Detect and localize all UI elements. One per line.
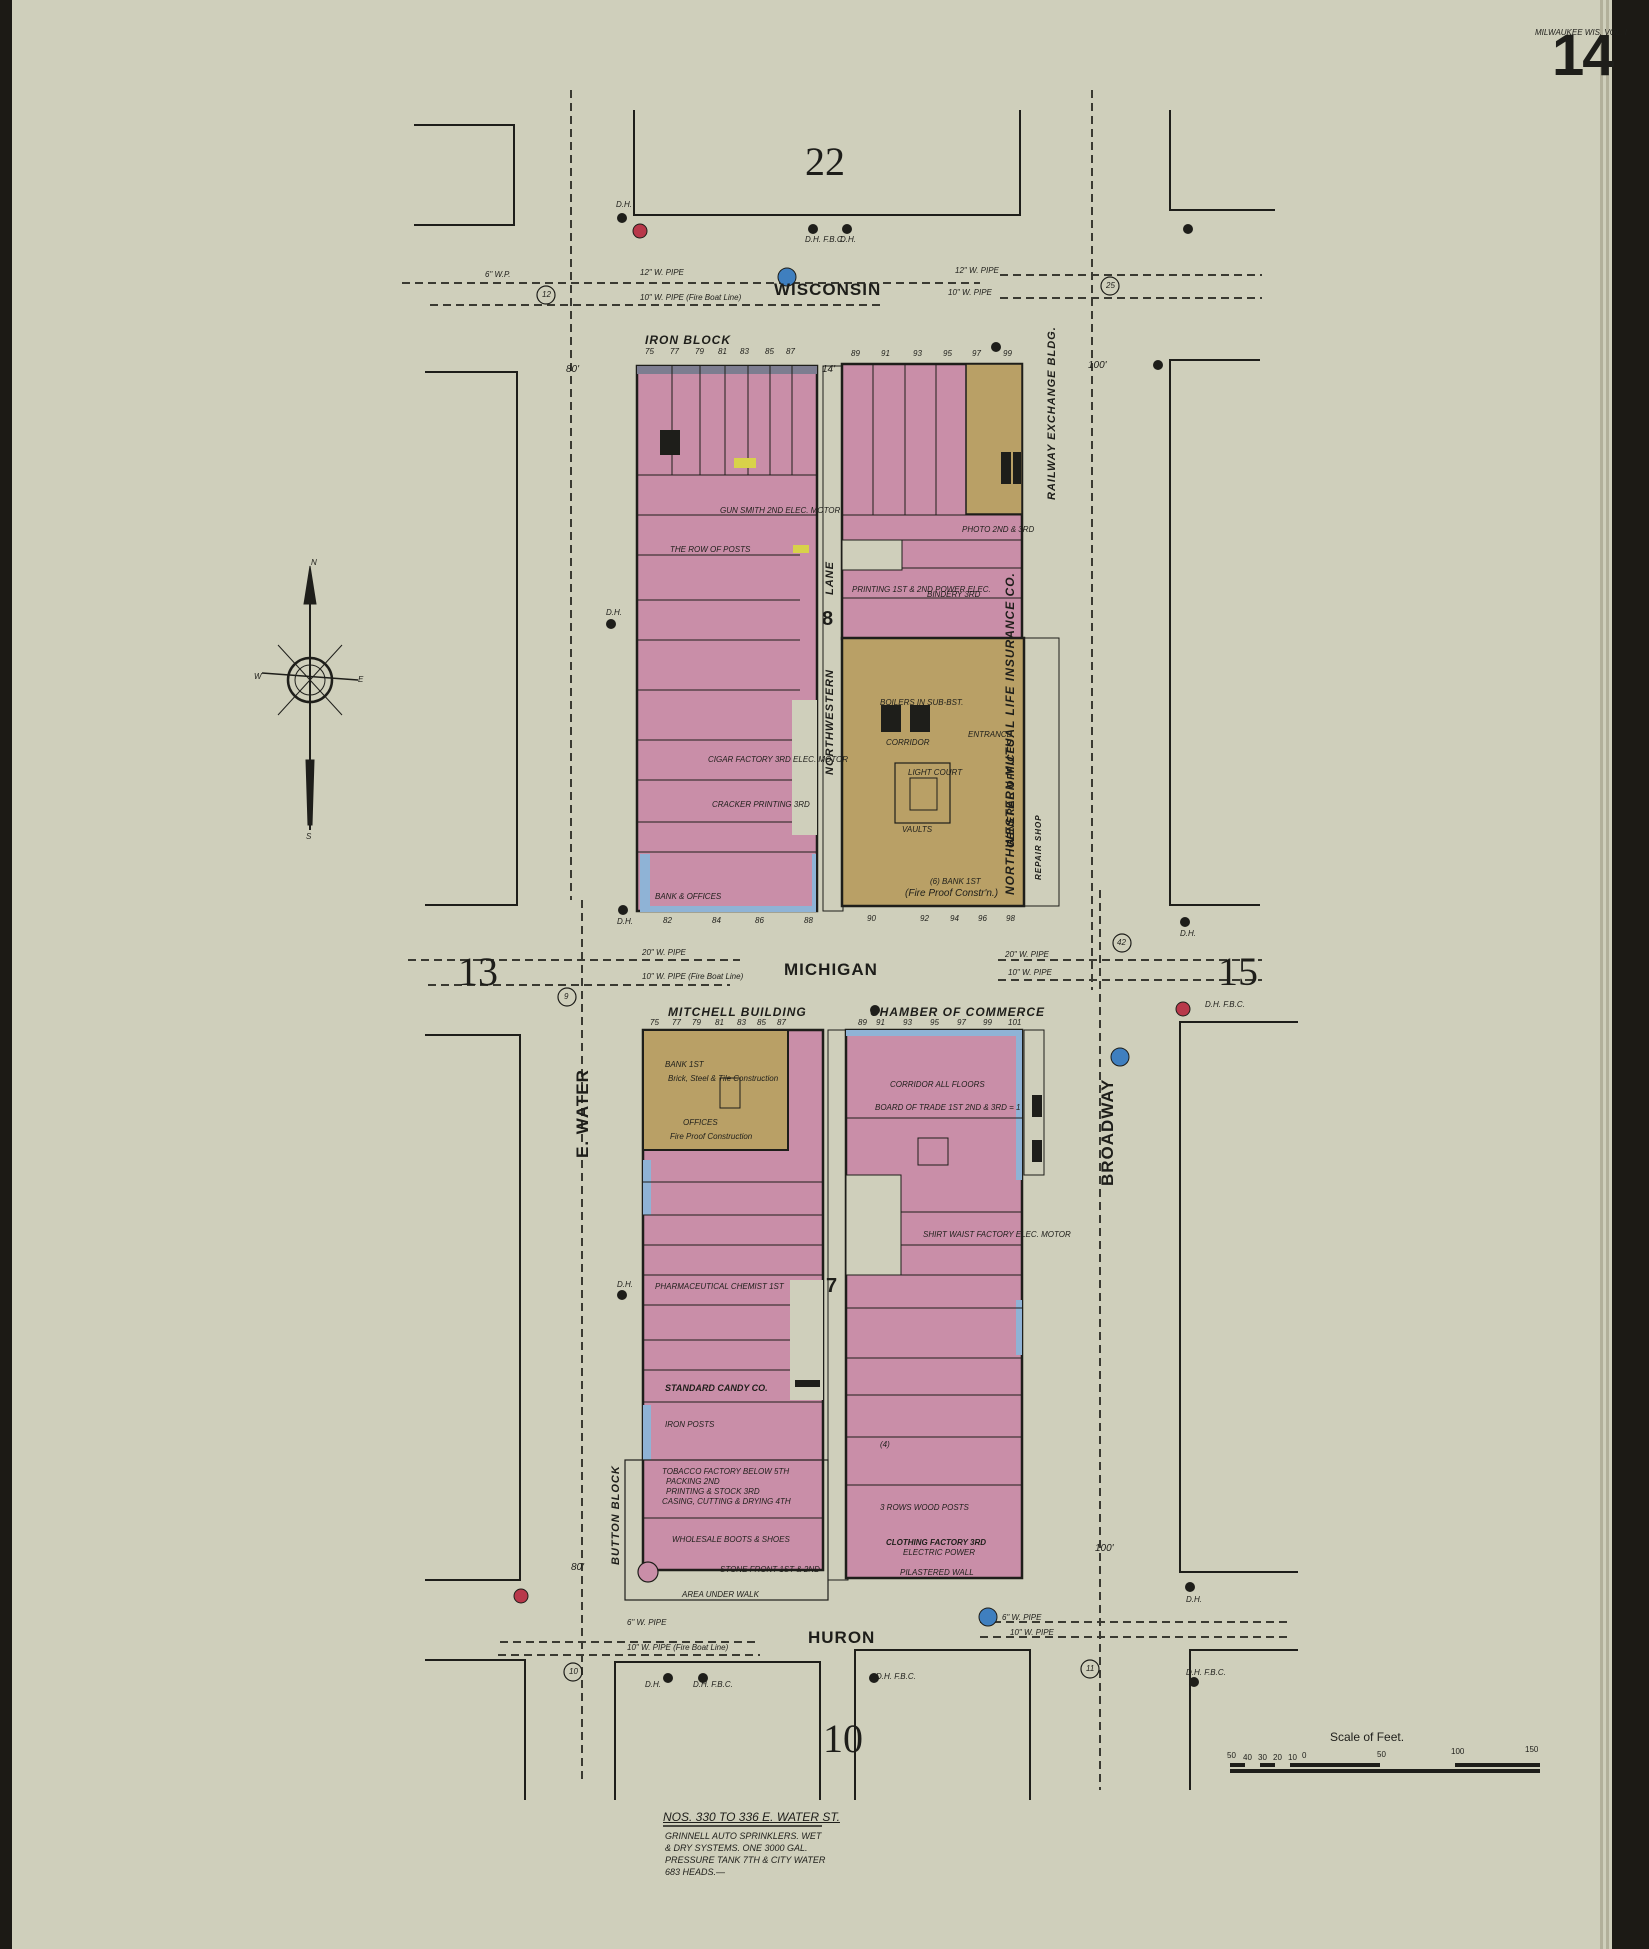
circled-number: 10 bbox=[569, 1667, 578, 1676]
occupancy-label: (6) BANK 1ST bbox=[930, 877, 981, 886]
street-number: 97 bbox=[957, 1018, 966, 1027]
street-number: 75 bbox=[645, 347, 654, 356]
occupancy-label: CORRIDOR ALL FLOORS bbox=[890, 1080, 985, 1089]
occupancy-label: AREA UNDER WALK bbox=[682, 1590, 759, 1599]
pipe-label: 20" W. PIPE bbox=[642, 948, 686, 957]
dh-label: D.H. bbox=[1186, 1595, 1202, 1604]
lane-label: LANE bbox=[824, 561, 836, 595]
street-number: 95 bbox=[930, 1018, 939, 1027]
street-number: 94 bbox=[950, 914, 959, 923]
street-number: 91 bbox=[881, 349, 890, 358]
street-michigan: MICHIGAN bbox=[784, 960, 878, 980]
occupancy-label: ENTRANCE bbox=[968, 730, 1012, 739]
sprinkler-note-title: NOS. 330 TO 336 E. WATER ST. bbox=[663, 1810, 840, 1824]
scale-tick: 100 bbox=[1451, 1747, 1464, 1756]
lower-left-block bbox=[625, 1030, 828, 1600]
sprinkler-note-line: PRESSURE TANK 7TH & CITY WATER bbox=[665, 1854, 825, 1866]
occupancy-label: WHOLESALE BOOTS & SHOES bbox=[672, 1535, 790, 1544]
standard-candy-label: STANDARD CANDY CO. bbox=[665, 1383, 768, 1393]
sprinkler-note-line: GRINNELL AUTO SPRINKLERS. WET bbox=[665, 1830, 821, 1842]
occupancy-label: (4) bbox=[880, 1440, 890, 1449]
dh-label: D.H. bbox=[645, 1680, 661, 1689]
street-number: 101 bbox=[1008, 1018, 1021, 1027]
street-number: 82 bbox=[663, 916, 672, 925]
street-width: 100' bbox=[1088, 360, 1107, 371]
street-huron: HURON bbox=[808, 1628, 875, 1648]
occupancy-label: STONE FRONT 1ST & 2ND bbox=[720, 1565, 820, 1574]
pipe-label: 10" W. PIPE bbox=[948, 288, 992, 297]
dh-label: D.H. F.B.C. bbox=[876, 1672, 916, 1681]
northwestern-lane bbox=[823, 366, 843, 911]
dh-label: D.H. bbox=[840, 235, 856, 244]
occupancy-label: LIGHT COURT bbox=[908, 768, 962, 777]
street-number: 85 bbox=[765, 347, 774, 356]
occupancy-label: PHARMACEUTICAL CHEMIST 1ST bbox=[655, 1282, 784, 1291]
compass-n: N bbox=[311, 558, 317, 567]
railway-exchange-label: RAILWAY EXCHANGE BLDG. bbox=[1046, 326, 1058, 500]
street-number: 97 bbox=[972, 349, 981, 358]
street-number: 89 bbox=[851, 349, 860, 358]
occupancy-label: BOILERS IN SUB-BST. bbox=[880, 698, 963, 707]
pipe-label: 10" W. PIPE (Fire Boat Line) bbox=[640, 293, 741, 302]
street-number: 83 bbox=[740, 347, 749, 356]
compass-e: E bbox=[358, 675, 363, 684]
occupancy-label: CIGAR FACTORY 3RD ELEC. MOTOR bbox=[708, 755, 848, 764]
dh-label: D.H. F.B.C. bbox=[805, 235, 845, 244]
occupancy-label: IRON POSTS bbox=[665, 1420, 714, 1429]
street-number: 81 bbox=[715, 1018, 724, 1027]
street-number: 93 bbox=[913, 349, 922, 358]
scale-tick: 30 bbox=[1258, 1753, 1267, 1762]
occupancy-label: BINDERY 3RD bbox=[927, 590, 980, 599]
pipe-label: 6" W. PIPE bbox=[1002, 1613, 1041, 1622]
street-width: 100' bbox=[1095, 1543, 1114, 1554]
street-width: 80' bbox=[566, 364, 579, 375]
occupancy-label: OFFICES bbox=[683, 1118, 718, 1127]
adjacent-block-north: 22 bbox=[805, 138, 845, 185]
street-number: 93 bbox=[903, 1018, 912, 1027]
building-name-chamber: CHAMBER OF COMMERCE bbox=[870, 1005, 1045, 1019]
circled-number: 11 bbox=[1086, 1664, 1094, 1673]
occupancy-label: GUN SMITH 2ND ELEC. MOTOR bbox=[720, 506, 840, 515]
block-number-lower: 7 bbox=[826, 1275, 837, 1298]
street-number: 81 bbox=[718, 347, 727, 356]
occupancy-label: 3 ROWS WOOD POSTS bbox=[880, 1503, 969, 1512]
pipe-label: 6" W.P. bbox=[485, 270, 511, 279]
street-number: 99 bbox=[983, 1018, 992, 1027]
street-broadway: BROADWAY bbox=[1098, 1079, 1118, 1187]
street-wisconsin: WISCONSIN bbox=[774, 280, 881, 300]
street-number: 91 bbox=[876, 1018, 885, 1027]
street-number: 95 bbox=[943, 349, 952, 358]
circled-number: 42 bbox=[1117, 938, 1126, 947]
street-number: 98 bbox=[1006, 914, 1015, 923]
occupancy-label: VAULTS bbox=[902, 825, 932, 834]
occupancy-label: PRINTING & STOCK 3RD bbox=[666, 1487, 760, 1496]
compass-s: S bbox=[306, 832, 311, 841]
occupancy-label: BANK 1ST bbox=[665, 1060, 704, 1069]
compass-rose bbox=[262, 566, 358, 830]
lower-right-block bbox=[846, 1030, 1044, 1578]
compass-w: W bbox=[254, 672, 262, 681]
street-number: 99 bbox=[1003, 349, 1012, 358]
adjacent-block-east: 15 bbox=[1218, 948, 1258, 995]
upper-left-block bbox=[637, 366, 817, 912]
occupancy-label: PHOTO 2ND & 3RD bbox=[962, 525, 1034, 534]
scale-title: Scale of Feet. bbox=[1330, 1730, 1404, 1744]
occupancy-label: ELECTRIC POWER bbox=[903, 1548, 975, 1557]
scale-tick: 20 bbox=[1273, 1753, 1282, 1762]
dh-label: D.H. F.B.C. bbox=[1186, 1668, 1226, 1677]
building-name-mitchell: MITCHELL BUILDING bbox=[668, 1005, 807, 1019]
scale-tick: 50 bbox=[1227, 1751, 1236, 1760]
street-e-water: E. WATER bbox=[573, 1069, 593, 1158]
dh-label: D.H. bbox=[617, 1280, 633, 1289]
occupancy-label: THE ROW OF POSTS bbox=[670, 545, 750, 554]
street-number: 92 bbox=[920, 914, 929, 923]
pipe-label: 10" W. PIPE bbox=[1010, 1628, 1054, 1637]
scale-bar bbox=[1230, 1763, 1540, 1773]
page-number: 14 bbox=[1552, 22, 1613, 89]
occupancy-label: TOBACCO FACTORY BELOW 5TH bbox=[662, 1467, 789, 1476]
pipe-label: 12" W. PIPE bbox=[640, 268, 684, 277]
street-number: 85 bbox=[757, 1018, 766, 1027]
circled-number: 9 bbox=[564, 992, 568, 1001]
upper-right-block bbox=[842, 364, 1059, 906]
button-block-label: BUTTON BLOCK bbox=[610, 1465, 622, 1565]
building-name-iron-block: IRON BLOCK bbox=[645, 333, 731, 347]
pipe-label: 10" W. PIPE (Fire Boat Line) bbox=[642, 972, 743, 981]
sprinkler-note-line: & DRY SYSTEMS. ONE 3000 GAL. bbox=[665, 1842, 808, 1854]
adjacent-block-south: 10 bbox=[823, 1715, 863, 1762]
street-number: 77 bbox=[672, 1018, 681, 1027]
pipe-label: 20" W. PIPE bbox=[1005, 950, 1049, 959]
street-number: 75 bbox=[650, 1018, 659, 1027]
dh-label: D.H. bbox=[1180, 929, 1196, 938]
pipe-label: 12" W. PIPE bbox=[955, 266, 999, 275]
adjacent-block-west: 13 bbox=[458, 948, 498, 995]
repair-shop-label: REPAIR SHOP bbox=[1034, 814, 1043, 880]
occupancy-label: CORRIDOR bbox=[886, 738, 930, 747]
pipe-label: 10" W. PIPE (Fire Boat Line) bbox=[627, 1643, 728, 1652]
scale-tick: 40 bbox=[1243, 1753, 1252, 1762]
scale-tick: 150 bbox=[1525, 1745, 1538, 1754]
occupancy-label: SHIRT WAIST FACTORY ELEC. MOTOR bbox=[923, 1230, 1071, 1239]
street-number: 79 bbox=[692, 1018, 701, 1027]
street-number: 84 bbox=[712, 916, 721, 925]
block-number-upper: 8 bbox=[822, 608, 833, 631]
scale-tick: 50 bbox=[1377, 1750, 1386, 1759]
circled-number: 12 bbox=[542, 290, 551, 299]
street-number: 79 bbox=[695, 347, 704, 356]
occupancy-label: BOARD OF TRADE 1ST 2ND & 3RD = 1 bbox=[875, 1103, 1020, 1112]
dh-label: D.H. bbox=[617, 917, 633, 926]
street-number: 90 bbox=[867, 914, 876, 923]
pipe-label: 6" W. PIPE bbox=[627, 1618, 666, 1627]
occupancy-label: CASING, CUTTING & DRYING 4TH bbox=[662, 1497, 791, 1506]
occupancy-label: CRACKER PRINTING 3RD bbox=[712, 800, 810, 809]
street-number: 96 bbox=[978, 914, 987, 923]
occupancy-label: BANK & OFFICES bbox=[655, 892, 721, 901]
dh-label: D.H. F.B.C. bbox=[693, 1680, 733, 1689]
street-number: 87 bbox=[777, 1018, 786, 1027]
occupancy-label: Fire Proof Construction bbox=[670, 1132, 752, 1141]
occupancy-label: CLOTHING FACTORY 3RD bbox=[886, 1538, 986, 1547]
street-width: 80' bbox=[571, 1562, 584, 1573]
scale-tick: 0 bbox=[1302, 1751, 1306, 1760]
dh-label: D.H. F.B.C. bbox=[1205, 1000, 1245, 1009]
nml-general-offices: GENERAL OFFICES bbox=[1006, 738, 1017, 848]
street-number: 77 bbox=[670, 347, 679, 356]
occupancy-label: PILASTERED WALL bbox=[900, 1568, 974, 1577]
street-number: 87 bbox=[786, 347, 795, 356]
lane-width: 14' bbox=[822, 364, 835, 375]
occupancy-label: PACKING 2ND bbox=[666, 1477, 720, 1486]
dh-label: D.H. bbox=[616, 200, 632, 209]
street-number: 86 bbox=[755, 916, 764, 925]
street-number: 83 bbox=[737, 1018, 746, 1027]
scale-tick: 10 bbox=[1288, 1753, 1297, 1762]
street-number: 88 bbox=[804, 916, 813, 925]
occupancy-label: (Fire Proof Constr'n.) bbox=[905, 888, 998, 899]
dh-label: D.H. bbox=[606, 608, 622, 617]
sprinkler-note-line: 683 HEADS.— bbox=[665, 1866, 725, 1878]
street-number: 89 bbox=[858, 1018, 867, 1027]
circled-number: 25 bbox=[1106, 281, 1115, 290]
pipe-label: 10" W. PIPE bbox=[1008, 968, 1052, 977]
occupancy-label: Brick, Steel & Tile Construction bbox=[668, 1074, 778, 1083]
